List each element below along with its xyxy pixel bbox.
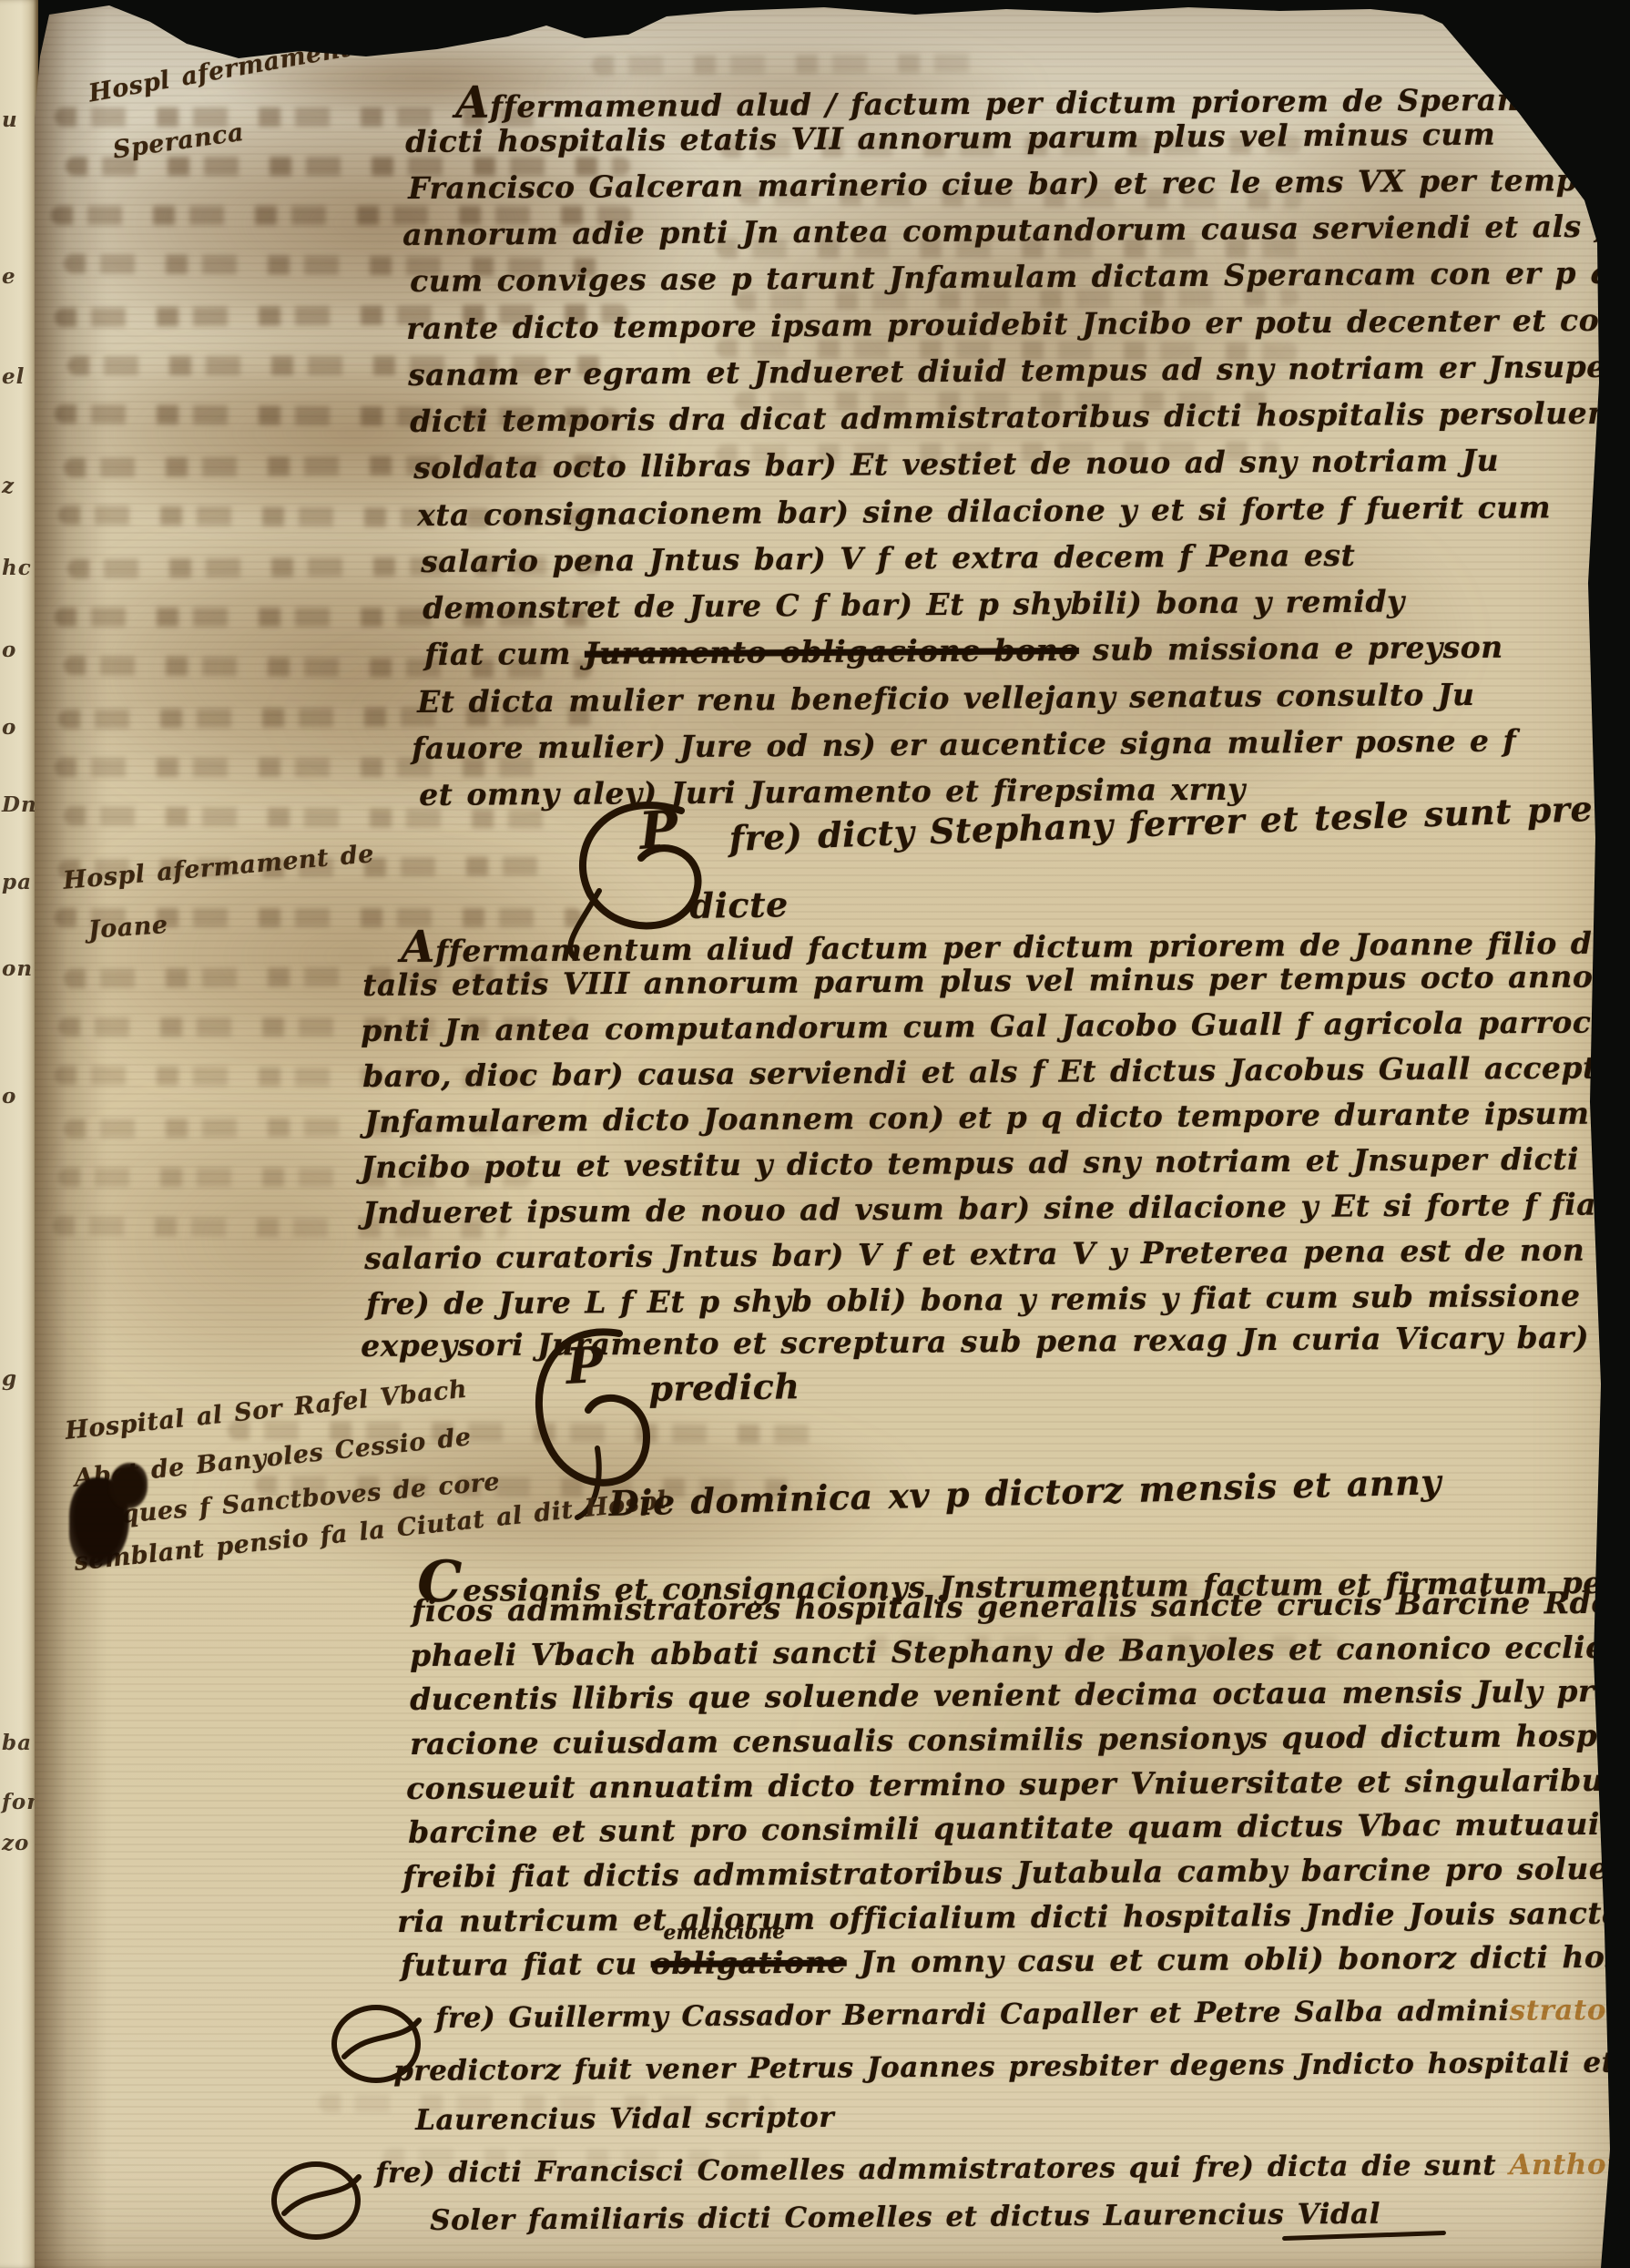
text-line: fauore mulier) Jure od ns) er aucentice …	[412, 723, 1516, 766]
text-line: dicti hospitalis etatis VII annorum paru…	[405, 117, 1495, 159]
margin-note: Hospl afermament de	[62, 840, 375, 895]
text-line: pnti Jn antea computandorum cum Gal Jaco…	[361, 1004, 1630, 1048]
witness-line: fre) Guillermy Cassador Bernardi Capalle…	[435, 1994, 1630, 2035]
text-line: Francisco Galceran marinerio ciue bar) e…	[408, 161, 1630, 206]
paraph-letter: P	[637, 799, 680, 862]
witness-line: Laurencius Vidal scriptor	[415, 2101, 834, 2137]
text-line: salario pena Jntus bar) V f et extra dec…	[421, 537, 1355, 579]
text-line: demonstret de Jure C f bar) Et p shybili…	[423, 583, 1405, 626]
text-line: barcine et sunt pro consimili quantitate…	[408, 1805, 1630, 1850]
edge-text-fragment: hc	[2, 556, 32, 580]
text-line: consueuit annuatim dicto termino super V…	[406, 1761, 1630, 1806]
edge-text-fragment: pa	[2, 870, 32, 894]
struck-text: Juramento obligacione bono	[585, 632, 1079, 671]
text-segment: sub missiona e preyson	[1079, 629, 1503, 668]
folio-number: 13	[1489, 34, 1525, 65]
text-line: sanam er egram et Jndueret diuid tempus …	[408, 349, 1623, 393]
date-line: Die dominica xv p dictorz mensis et anny	[608, 1461, 1442, 1524]
binding-gutter-shadow	[35, 0, 107, 2268]
end-flourish-stroke	[1282, 2231, 1446, 2241]
manuscript-page: 13 Hospl afermament de Speranca Affermam…	[0, 0, 1630, 2268]
paraph-letter: P	[565, 1335, 605, 1395]
text-line: phaeli Vbach abbati sancti Stephany de B…	[410, 1629, 1630, 1673]
faded-ink-text: stratorz	[1510, 1994, 1630, 2028]
edge-text-fragment: el	[2, 364, 25, 389]
text-line: expeysori Juramento et screptura sub pen…	[361, 1320, 1589, 1364]
previous-page-edge: u e el z hc o o Dn pa on o g ba fon zo	[0, 0, 38, 2268]
witness-line: predictorz fuit vener Petrus Joannes pre…	[393, 2047, 1615, 2088]
text-line-with-strikethrough: futura fiat cu emencioneobligatione Jn o…	[401, 1938, 1630, 1983]
edge-text-fragment: ba	[2, 1731, 32, 1755]
text-line: rante dicto tempore ipsam prouidebit Jnc…	[406, 301, 1630, 346]
edge-text-fragment: u	[2, 107, 18, 132]
text-segment: fiat cum	[424, 636, 585, 672]
margin-note: Speranca	[111, 118, 246, 165]
text-line: salario curatoris Jntus bar) V f et extr…	[364, 1232, 1584, 1276]
section-heading: predich	[648, 1365, 800, 1409]
text-line: Jndueret ipsum de nouo ad vsum bar) sine…	[362, 1186, 1630, 1231]
margin-note: Hospl afermament de	[87, 26, 399, 108]
text-segment: futura fiat cu	[401, 1946, 651, 1983]
faded-ink-text: Anthonius	[1509, 2148, 1630, 2181]
text-line: freibi fiat dictis admmistratoribus Juta…	[402, 1850, 1630, 1895]
witness-paraph-mark	[266, 2148, 366, 2248]
text-line: cum conviges ase p tarunt Jnfamulam dict…	[410, 254, 1630, 299]
text-line: xta consignacionem bar) sine dilacione y…	[417, 489, 1551, 533]
witness-line: fre) dicti Francisci Comelles admmistrat…	[375, 2148, 1630, 2190]
edge-text-fragment: zo	[2, 1831, 29, 1855]
edge-text-fragment: on	[2, 956, 33, 981]
bleedthrough-row	[592, 53, 983, 75]
text-segment: Jn omny casu et cum obli) bonorz dicti h…	[847, 1938, 1630, 1980]
text-segment: fre) dicti Francisci Comelles admmistrat…	[375, 2149, 1510, 2190]
edge-text-fragment: Dn	[2, 792, 37, 817]
edge-text-fragment: o	[2, 638, 16, 662]
edge-text-fragment: e	[2, 264, 16, 289]
text-segment: fre) Guillermy Cassador Bernardi Capalle…	[435, 1995, 1510, 2035]
text-line: Jnfamularem dicto Joannem con) et p q di…	[364, 1094, 1630, 1139]
edge-text-fragment: g	[2, 1366, 17, 1391]
margin-note: Joane	[87, 911, 169, 945]
edge-text-fragment: o	[2, 1084, 16, 1108]
text-line: dicti temporis dra dicat admmistratoribu…	[410, 395, 1627, 439]
text-line: Jncibo potu et vestitu y dicto tempus ad…	[361, 1139, 1630, 1185]
text-line: ducentis llibris que soluende venient de…	[410, 1671, 1630, 1717]
text-line: racione cuiusdam censualis consimilis pe…	[410, 1716, 1630, 1762]
text-line: ria nutricum et aliorum officialium dict…	[397, 1894, 1630, 1939]
text-line-with-strikethrough: fiat cum Juramento obligacione bono sub …	[424, 629, 1503, 672]
witness-line: Soler familiaris dicti Comelles et dictu…	[430, 2198, 1380, 2237]
correction-wrapper: emencioneobligatione	[651, 1945, 847, 1981]
text-line: fre) de Jure L f Et p shyb obli) bona y …	[366, 1278, 1581, 1322]
photograph-backdrop: u e el z hc o o Dn pa on o g ba fon zo 1…	[0, 0, 1630, 2268]
interlinear-correction: emencione	[663, 1920, 785, 1945]
text-line: baro, dioc bar) causa serviendi et als f…	[362, 1049, 1630, 1094]
text-line: Et dicta mulier renu beneficio vellejany…	[417, 677, 1475, 720]
edge-text-fragment: z	[2, 474, 15, 498]
ink-blot	[109, 1463, 148, 1508]
edge-text-fragment: o	[2, 715, 16, 740]
text-line: annorum adie pnti Jn antea computandorum…	[402, 208, 1630, 252]
struck-text: obligatione	[651, 1945, 847, 1981]
text-line: soldata octo llibras bar) Et vestiet de …	[413, 443, 1499, 485]
